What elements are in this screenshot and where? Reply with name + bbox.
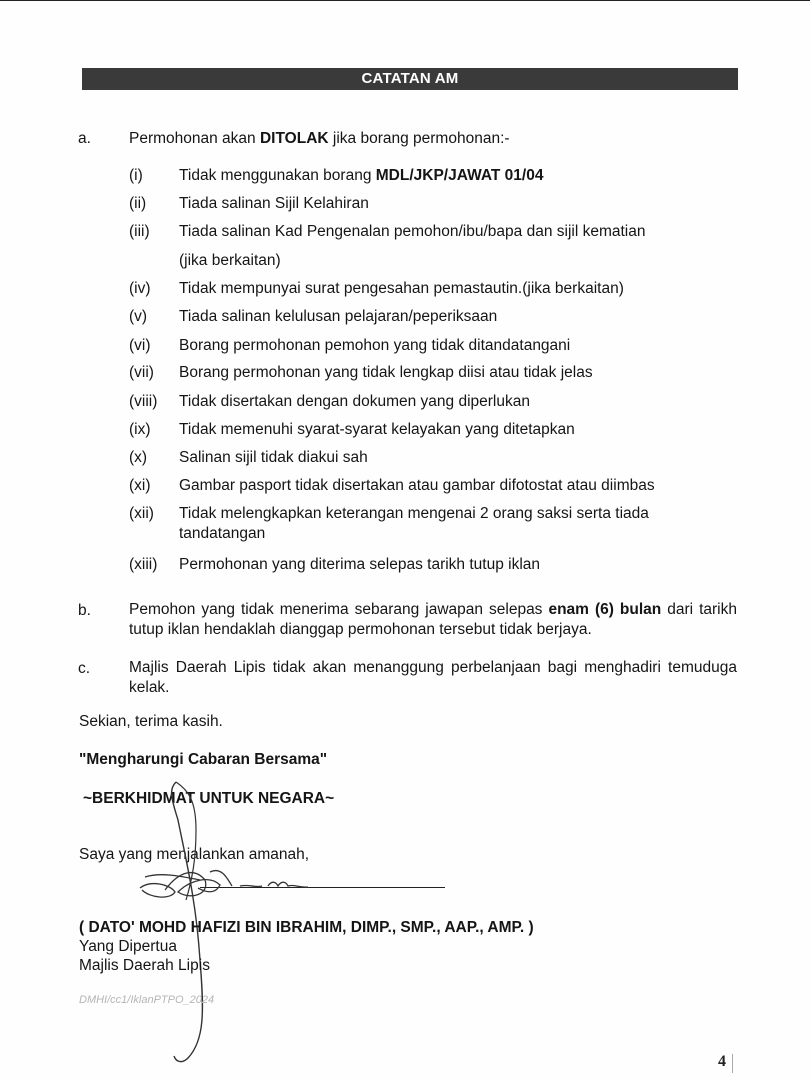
signatory-organization: Majlis Daerah Lipis	[79, 957, 210, 975]
signature-icon	[0, 0, 810, 1080]
signatory-name: ( DATO' MOHD HAFIZI BIN IBRAHIM, DIMP., …	[79, 919, 534, 937]
page-number-divider	[732, 1054, 733, 1073]
page-number: 4	[718, 1053, 726, 1071]
signatory-title: Yang Dipertua	[79, 938, 177, 956]
reference-code: DMHI/cc1/IklanPTPO_2024	[79, 994, 214, 1006]
